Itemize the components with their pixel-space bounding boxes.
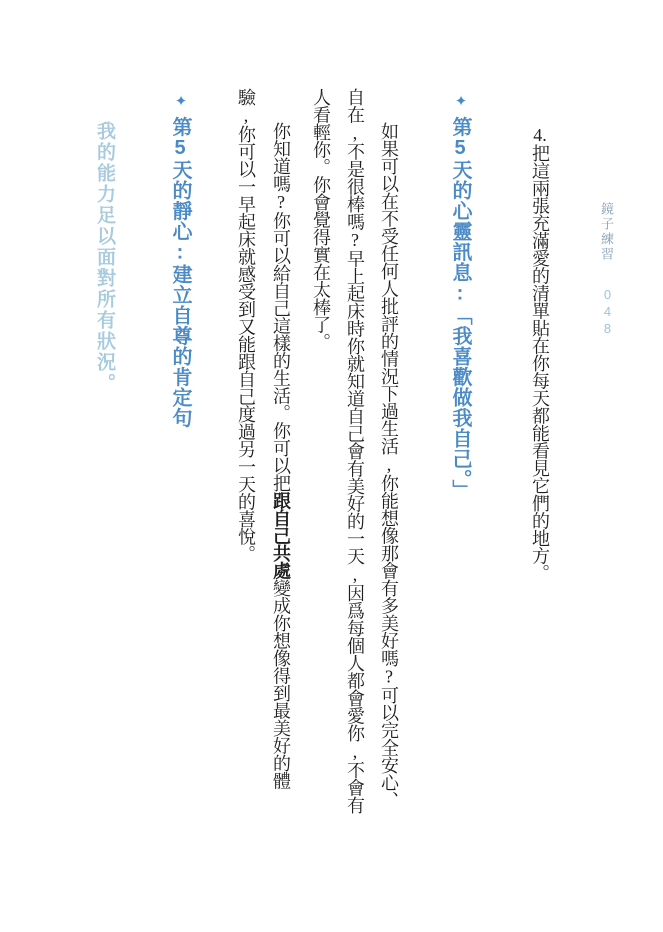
paragraph1-column-2: 自在,不是很棒嗎?早上起床時你就知道自己會有美好的一天,因爲每個人都會愛你,不會…	[346, 88, 364, 814]
book-title: 鏡子練習	[600, 202, 613, 262]
paragraph1-column-1: 如果可以在不受任何人批評的情況下過生活,你能想像那會有多美好嗎?可以完全安心、	[380, 122, 398, 809]
list-item-number: 4.	[530, 126, 550, 144]
diamond-icon: ✦	[172, 92, 189, 111]
list-item-4: 4.把這兩張充滿愛的清單貼在你每天都能看見它們的地方。	[531, 126, 549, 582]
heading-day5-meditation-label: 第5天的靜心:建立自尊的肯定句	[169, 117, 191, 429]
list-item-text: 把這兩張充滿愛的清單貼在你每天都能看見它們的地方。	[530, 144, 550, 582]
paragraph2-bold-phrase: 跟自己共處	[271, 492, 291, 580]
paragraph2-column-2: 驗,你可以一早起床就感受到又能跟自己度過另一天的喜悅。	[237, 88, 255, 563]
book-page: 鏡子練習 048 4.把這兩張充滿愛的清單貼在你每天都能看見它們的地方。 ✦第5…	[0, 0, 663, 932]
diamond-icon: ✦	[452, 92, 469, 111]
affirmation-text: 我的能力足以面對所有狀況。	[95, 121, 114, 394]
heading-day5-meditation: ✦第5天的靜心:建立自尊的肯定句	[170, 92, 190, 428]
heading-day5-message: ✦第5天的心靈訊息:「我喜歡做我自己。」	[450, 92, 470, 500]
heading-day5-message-label: 第5天的心靈訊息:「我喜歡做我自己。」	[449, 117, 471, 501]
page-number: 048	[601, 287, 614, 338]
paragraph2-column-1: 你知道嗎?你可以給自己這樣的生活。你可以把跟自己共處變成你想像得到最美好的體	[272, 122, 290, 789]
paragraph2-text-post: 變成你想像得到最美好的體	[271, 579, 291, 789]
paragraph1-column-3: 人看輕你。你會覺得實在太棒了。	[312, 88, 330, 351]
paragraph2-text-pre: 你知道嗎?你可以給自己這樣的生活。你可以把	[271, 122, 291, 492]
